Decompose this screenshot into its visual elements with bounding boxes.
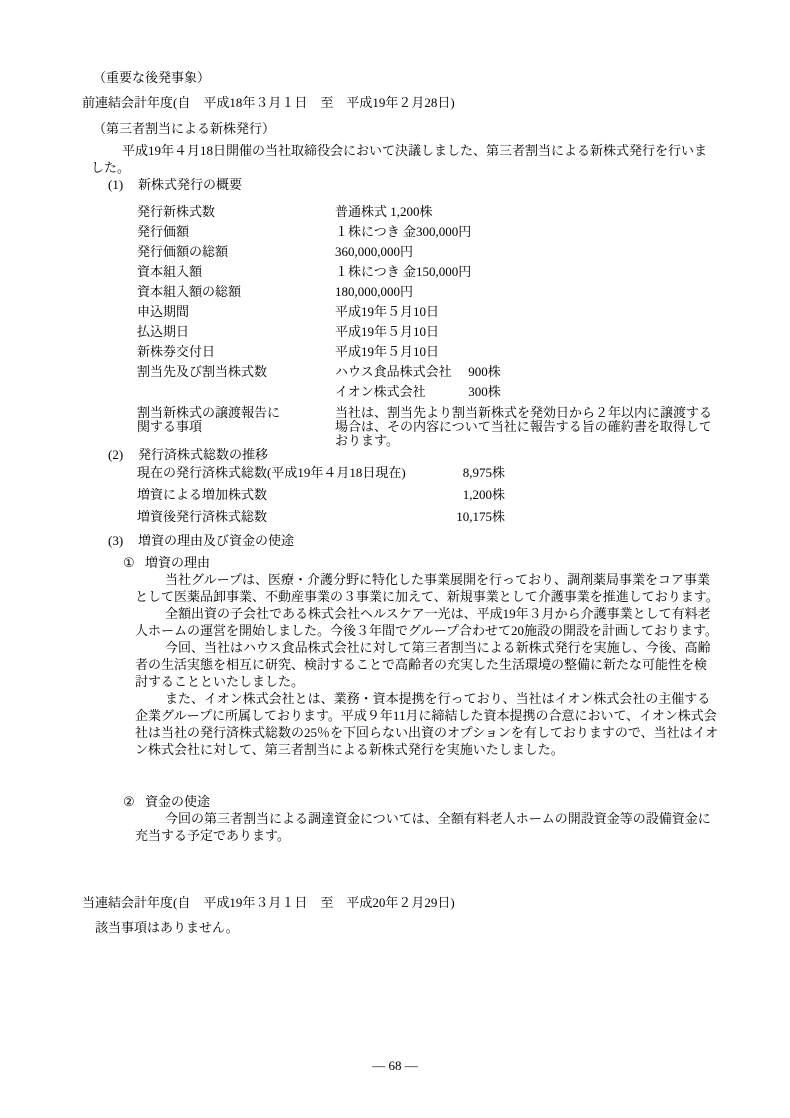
- allottee-shares: 900株: [468, 364, 501, 379]
- table-row: 申込期間 平成19年５月10日: [137, 303, 718, 323]
- page-number: ― 68 ―: [0, 1057, 790, 1074]
- paragraph: 今回、当社はハウス食品株式会社に対して第三者割当による新株式発行を実施し、今後、…: [135, 639, 719, 690]
- table-row: 増資後発行済株式総数 10,175株: [137, 508, 505, 530]
- paragraph: 今回の第三者割当による調達資金については、全額有料老人ホームの開設資金等の設備資…: [135, 810, 719, 844]
- row-label: 現在の発行済株式総数(平成19年４月18日現在): [137, 464, 435, 486]
- row-label: 資本組入額: [137, 263, 335, 280]
- row-value: １株につき 金150,000円: [335, 263, 718, 280]
- table-row: 新株券交付日 平成19年５月10日: [137, 343, 718, 363]
- third-party-allotment-title: （第三者割当による新株発行）: [93, 120, 275, 137]
- heading-reasons-and-use-of-funds: (3) 増資の理由及び資金の使途: [108, 532, 294, 549]
- heading-number: (2): [108, 446, 138, 463]
- current-fiscal-year-heading: 当連結会計年度(自 平成19年３月１日 至 平成20年２月29日): [82, 894, 455, 911]
- row-label: 申込期間: [137, 303, 335, 320]
- new-share-issue-table: 発行新株式数 普通株式 1,200株 発行価額 １株につき 金300,000円 …: [137, 203, 718, 448]
- paragraph: また、イオン株式会社とは、業務・資本提携を行っており、当社はイオン株式会社の主催…: [135, 690, 719, 758]
- row-value: 180,000,000円: [335, 283, 718, 300]
- table-row: 払込期日 平成19年５月10日: [137, 323, 718, 343]
- heading-use-of-funds: ② 資金の使途: [123, 793, 210, 810]
- table-row: 資本組入額の総額 180,000,000円: [137, 283, 718, 303]
- row-label: 割当先及び割当株式数: [137, 363, 335, 380]
- row-label: 資本組入額の総額: [137, 283, 335, 300]
- allottee-name: イオン株式会社: [335, 383, 465, 400]
- row-label: 割当新株式の譲渡報告に 関する事項: [137, 406, 335, 434]
- heading-label: 新株式発行の概要: [138, 176, 242, 193]
- current-fiscal-year-body: 該当事項はありません。: [95, 919, 239, 936]
- table-row: 発行価額 １株につき 金300,000円: [137, 223, 718, 243]
- paragraph: 当社グループは、医療・介護分野に特化した事業展開を行っており、調剤薬局事業をコア…: [135, 571, 719, 605]
- allottee-row: イオン株式会社 300株: [137, 383, 718, 403]
- row-value: ハウス食品株式会社 900株: [335, 363, 718, 380]
- row-value: 普通株式 1,200株: [335, 203, 718, 220]
- row-label: 新株券交付日: [137, 343, 335, 360]
- row-value: 8,975株: [435, 464, 505, 486]
- heading-label: 増資の理由及び資金の使途: [138, 532, 294, 549]
- row-label-line2: 関する事項: [137, 419, 202, 434]
- heading-new-share-issue-overview: (1) 新株式発行の概要: [108, 176, 242, 193]
- reason-paragraphs: 当社グループは、医療・介護分野に特化した事業展開を行っており、調剤薬局事業をコア…: [135, 571, 719, 758]
- heading-shares-outstanding-transition: (2) 発行済株式総数の推移: [108, 446, 268, 463]
- use-of-funds-paragraphs: 今回の第三者割当による調達資金については、全額有料老人ホームの開設資金等の設備資…: [135, 810, 719, 844]
- allottee-name: ハウス食品株式会社: [335, 363, 465, 380]
- row-label: 増資後発行済株式総数: [137, 508, 435, 530]
- table-row: 発行価額の総額 360,000,000円: [137, 243, 718, 263]
- row-label: 発行価額: [137, 223, 335, 240]
- row-value: 平成19年５月10日: [335, 303, 718, 320]
- heading-number: (3): [108, 532, 138, 549]
- row-value: 平成19年５月10日: [335, 343, 718, 360]
- row-label: 発行新株式数: [137, 203, 335, 220]
- previous-fiscal-year-heading: 前連結会計年度(自 平成18年３月１日 至 平成19年２月28日): [82, 94, 455, 111]
- allottee-row: 割当先及び割当株式数 ハウス食品株式会社 900株: [137, 363, 718, 383]
- row-label-line1: 割当新株式の譲渡報告に: [137, 405, 280, 420]
- row-value: １株につき 金300,000円: [335, 223, 718, 240]
- heading-label: 発行済株式総数の推移: [138, 446, 268, 463]
- heading-reason-for-capital-increase: ① 増資の理由: [123, 554, 210, 571]
- row-value: イオン株式会社 300株: [335, 383, 718, 400]
- row-value: 1,200株: [435, 486, 505, 508]
- heading-label: 増資の理由: [145, 554, 210, 571]
- shares-outstanding-table: 現在の発行済株式総数(平成19年４月18日現在) 8,975株 増資による増加株…: [137, 464, 505, 530]
- transfer-report-row: 割当新株式の譲渡報告に 関する事項 当社は、割当先より割当新株式を発効日から２年…: [137, 406, 718, 448]
- row-value: 10,175株: [435, 508, 505, 530]
- table-row: 資本組入額 １株につき 金150,000円: [137, 263, 718, 283]
- row-value: 360,000,000円: [335, 243, 718, 260]
- row-value: 平成19年５月10日: [335, 323, 718, 340]
- table-row: 発行新株式数 普通株式 1,200株: [137, 203, 718, 223]
- allottee-shares: 300株: [468, 384, 501, 399]
- intro-paragraph: 平成19年４月18日開催の当社取締役会において決議しました、第三者割当による新株…: [91, 142, 719, 176]
- heading-number: (1): [108, 176, 138, 193]
- heading-number: ①: [123, 554, 145, 571]
- row-label: 払込期日: [137, 323, 335, 340]
- row-label: 発行価額の総額: [137, 243, 335, 260]
- heading-number: ②: [123, 793, 145, 810]
- table-row: 増資による増加株式数 1,200株: [137, 486, 505, 508]
- heading-label: 資金の使途: [145, 793, 210, 810]
- section-title: （重要な後発事象）: [93, 69, 210, 86]
- row-label: 増資による増加株式数: [137, 486, 435, 508]
- table-row: 現在の発行済株式総数(平成19年４月18日現在) 8,975株: [137, 464, 505, 486]
- paragraph: 全額出資の子会社である株式会社ヘルスケア一光は、平成19年３月から介護事業として…: [135, 605, 719, 639]
- row-value: 当社は、割当先より割当新株式を発効日から２年以内に譲渡する場合は、その内容につい…: [335, 406, 718, 448]
